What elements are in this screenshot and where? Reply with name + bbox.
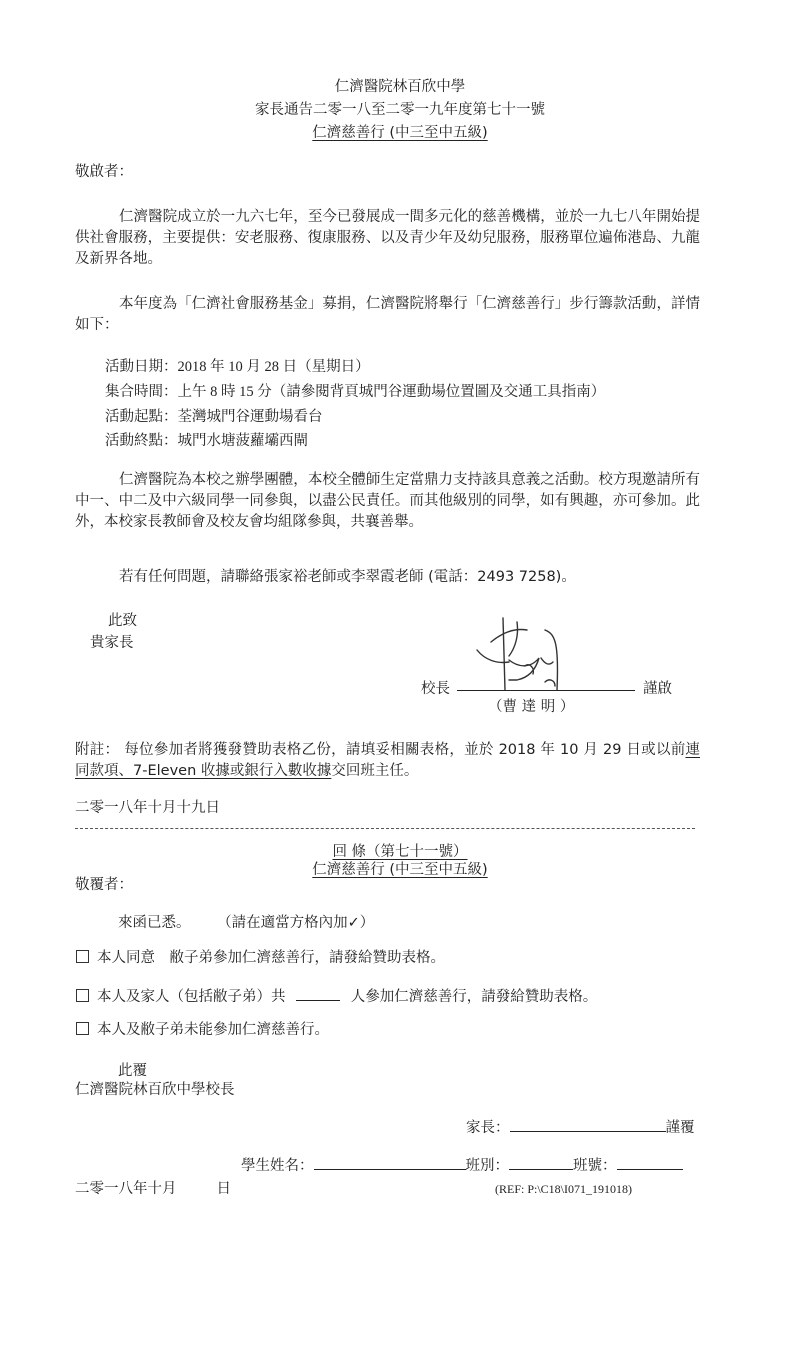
paragraph-support: 仁濟醫院為本校之辦學團體，本校全體師生定當鼎力支持該具意義之活動。校方現邀請所有… bbox=[75, 470, 700, 533]
closing-line-1: 此致 bbox=[108, 611, 137, 632]
remark-label: 附註： bbox=[75, 742, 119, 758]
signature-icon bbox=[475, 612, 585, 694]
detail-value: 城門水塘菠蘿壩西閘 bbox=[178, 433, 309, 449]
principal-name: （曹 達 明 ） bbox=[488, 697, 574, 718]
detail-label: 活動起點： bbox=[105, 409, 178, 425]
parent-signature-row: 家長：謹覆 bbox=[466, 1117, 695, 1139]
checkbox-family[interactable] bbox=[76, 989, 89, 1002]
detail-label: 集合時間： bbox=[105, 384, 178, 400]
reply-date-label: 二零一八年十月 bbox=[75, 1181, 177, 1197]
remark-text-end: 交回班主任。 bbox=[331, 763, 418, 779]
student-info-row: 學生姓名：班別：班號： bbox=[241, 1155, 683, 1177]
detail-start: 活動起點：荃灣城門谷運動場看台 bbox=[105, 407, 323, 428]
paragraph-contact: 若有任何問題，請聯絡張家裕老師或李翠霞老師 (電話：2493 7258)。 bbox=[75, 567, 700, 588]
option-label: 本人及家人（包括敝子弟）共 bbox=[97, 989, 286, 1005]
principal-label: 校長 bbox=[421, 679, 450, 700]
signature-line bbox=[457, 690, 635, 691]
option-label: 本人同意 敝子弟參加仁濟慈善行，請發給贊助表格。 bbox=[97, 950, 445, 966]
parent-suffix: 謹覆 bbox=[666, 1120, 695, 1136]
cut-line bbox=[75, 828, 695, 829]
reference-code: (REF: P:\C18\I071_191018) bbox=[495, 1179, 632, 1200]
reply-day-label: 日 bbox=[217, 1181, 232, 1197]
participant-count-field[interactable] bbox=[296, 986, 340, 1001]
checkbox-decline[interactable] bbox=[76, 1022, 89, 1035]
detail-label: 活動日期： bbox=[105, 359, 178, 375]
paragraph-intro: 仁濟醫院成立於一九六七年，至今已發展成一間多元化的慈善機構，並於一九七八年開始提… bbox=[75, 207, 700, 270]
ack-text: 來函已悉。 bbox=[118, 915, 191, 931]
option-decline[interactable]: 本人及敝子弟未能參加仁濟慈善行。 bbox=[76, 1020, 329, 1041]
student-name-field[interactable] bbox=[314, 1155, 466, 1170]
class-field[interactable] bbox=[509, 1155, 573, 1170]
salutation: 敬啟者： bbox=[75, 162, 133, 183]
checkbox-agree[interactable] bbox=[76, 950, 89, 963]
acknowledgement: 來函已悉。 （請在適當方格內加✓） bbox=[118, 913, 374, 934]
class-label: 班別： bbox=[466, 1158, 510, 1174]
student-name-label: 學生姓名： bbox=[241, 1158, 314, 1174]
reply-salutation: 敬覆者： bbox=[75, 875, 133, 896]
detail-end: 活動終點：城門水塘菠蘿壩西閘 bbox=[105, 431, 308, 452]
paragraph-event: 本年度為「仁濟社會服務基金」募捐，仁濟醫院將舉行「仁濟慈善行」步行籌款活動，詳情… bbox=[75, 294, 700, 336]
school-name: 仁濟醫院林百欣中學 bbox=[0, 77, 800, 98]
principal-suffix: 謹啟 bbox=[643, 679, 672, 700]
detail-value: 2018 年 10 月 28 日（星期日） bbox=[178, 359, 370, 375]
remark-text: 每位參加者將獲發贊助表格乙份，請填妥相關表格，並於 2018 年 10 月 29… bbox=[124, 742, 685, 758]
detail-date: 活動日期：2018 年 10 月 28 日（星期日） bbox=[105, 357, 370, 378]
class-no-label: 班號： bbox=[573, 1158, 617, 1174]
remark-underlined-payment: 款項、7-Eleven 收據或銀行入數收據 bbox=[90, 763, 332, 779]
closing-line-2: 貴家長 bbox=[90, 633, 134, 654]
option-label-end: 人參加仁濟慈善行，請發給贊助表格。 bbox=[351, 989, 598, 1005]
detail-value: 上午 8 時 15 分（請參閱背頁城門谷運動場位置圖及交通工具指南） bbox=[178, 384, 606, 400]
letter-date: 二零一八年十月十九日 bbox=[75, 798, 220, 819]
remark: 附註： 每位參加者將獲發贊助表格乙份，請填妥相關表格，並於 2018 年 10 … bbox=[75, 740, 700, 782]
option-agree[interactable]: 本人同意 敝子弟參加仁濟慈善行，請發給贊助表格。 bbox=[76, 948, 445, 969]
event-title: 仁濟慈善行 (中三至中五級) bbox=[0, 123, 800, 144]
instruction-text: （請在適當方格內加✓） bbox=[217, 915, 374, 931]
option-label: 本人及敝子弟未能參加仁濟慈善行。 bbox=[97, 1022, 329, 1038]
reply-closing-1: 此覆 bbox=[118, 1061, 147, 1082]
class-no-field[interactable] bbox=[617, 1155, 683, 1170]
parent-signature-field[interactable] bbox=[510, 1117, 666, 1132]
notice-title: 家長通告二零一八至二零一九年度第七十一號 bbox=[0, 100, 800, 121]
reply-closing-2: 仁濟醫院林百欣中學校長 bbox=[75, 1080, 235, 1101]
detail-time: 集合時間：上午 8 時 15 分（請參閱背頁城門谷運動場位置圖及交通工具指南） bbox=[105, 382, 605, 403]
detail-label: 活動終點： bbox=[105, 433, 178, 449]
option-family[interactable]: 本人及家人（包括敝子弟）共 人參加仁濟慈善行，請發給贊助表格。 bbox=[76, 986, 597, 1008]
detail-value: 荃灣城門谷運動場看台 bbox=[178, 409, 323, 425]
reply-date-row: 二零一八年十月日 bbox=[75, 1179, 231, 1200]
parent-label: 家長： bbox=[466, 1120, 510, 1136]
